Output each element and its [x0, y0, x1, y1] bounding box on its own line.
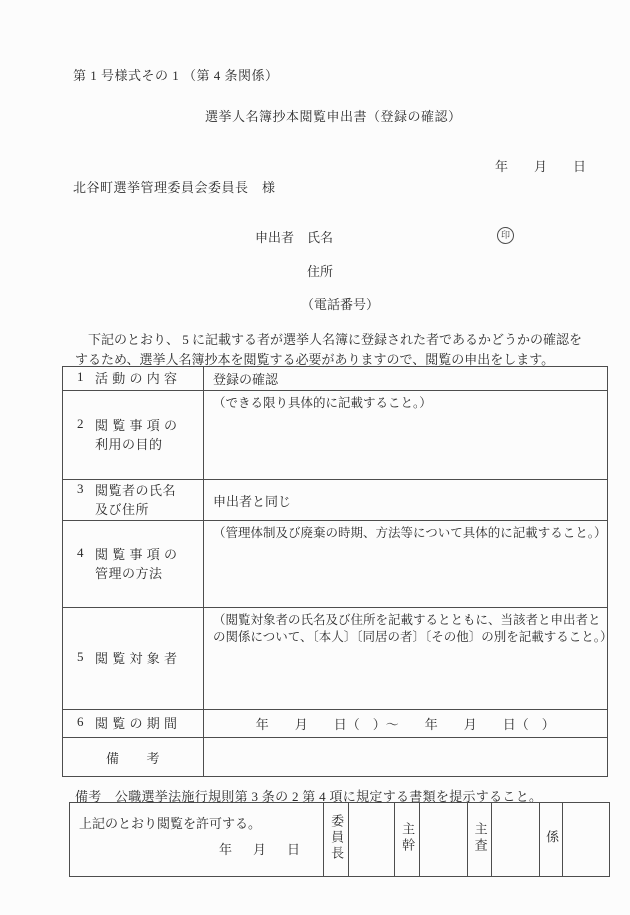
management-value-cell: （管理体制及び廃棄の時期、方法等について具体的に記載すること。） — [204, 521, 608, 608]
chairman-label: 委員長 — [329, 814, 343, 862]
viewer-value: 申出者と同じ — [213, 494, 291, 509]
row-label-line1: 閲覧者の氏名 — [95, 481, 176, 500]
row-number: 3 — [77, 481, 95, 497]
period-value-cell: 年 月 日（ ）～ 年 月 日（ ） — [204, 710, 608, 738]
row-label: 閲 覧 の 期 間 — [95, 714, 178, 733]
chairman-stamp-cell — [349, 803, 395, 877]
applicant-name-line: 申出者 氏名 — [255, 227, 333, 246]
viewer-label-cell: 3 閲覧者の氏名 及び住所 — [63, 480, 204, 521]
row-number: 2 — [77, 416, 95, 432]
purpose-value-cell: （できる限り具体的に記載すること。） — [204, 391, 608, 480]
row-number: 6 — [77, 714, 95, 730]
row-label-line1: 閲 覧 事 項 の — [95, 545, 178, 564]
chief-label: 主幹 — [400, 822, 414, 854]
clerk-label-cell: 係 — [540, 803, 563, 877]
row-label: 閲 覧 対 象 者 — [95, 649, 178, 668]
approval-table: 上記のとおり閲覧を許可する。 年 月 日 委員長 主幹 主査 係 — [69, 802, 610, 877]
row-label: 備 考 — [63, 748, 203, 767]
seal-mark-icon: 印 — [497, 227, 514, 244]
phone-label: （電話番号） — [301, 294, 379, 313]
row-viewer: 3 閲覧者の氏名 及び住所 申出者と同じ — [63, 480, 608, 521]
clerk-label: 係 — [544, 830, 558, 846]
subject-value-cell: （閲覧対象者の氏名及び住所を記載するとともに、当該者と申出者との関係について、〔… — [204, 608, 608, 710]
chief-label-cell: 主幹 — [395, 803, 420, 877]
row-number: 4 — [77, 545, 95, 561]
purpose-note: （できる限り具体的に記載すること。） — [213, 391, 607, 412]
intro-line-1: 下記のとおり、 5 に記載する者が選挙人名簿に登録された者であるかどうかの確認を — [75, 330, 582, 350]
row-label: 活 動 の 内 容 — [95, 369, 178, 388]
row-period: 6 閲 覧 の 期 間 年 月 日（ ）～ 年 月 日（ ） — [63, 710, 608, 738]
remarks-label-cell: 備 考 — [63, 738, 204, 777]
activity-value-cell: 登録の確認 — [204, 367, 608, 391]
row-purpose: 2 閲 覧 事 項 の 利用の目的 （できる限り具体的に記載すること。） — [63, 391, 608, 480]
row-remarks: 備 考 — [63, 738, 608, 777]
period-value: 年 月 日（ ）～ 年 月 日（ ） — [256, 717, 555, 732]
form-page: { "document": { "form_number": "第 1 号様式そ… — [0, 0, 630, 915]
period-label-cell: 6 閲 覧 の 期 間 — [63, 710, 204, 738]
purpose-label-cell: 2 閲 覧 事 項 の 利用の目的 — [63, 391, 204, 480]
management-label-cell: 4 閲 覧 事 項 の 管理の方法 — [63, 521, 204, 608]
subject-note: （閲覧対象者の氏名及び住所を記載するとともに、当該者と申出者との関係について、〔… — [213, 608, 607, 646]
subject-label-cell: 5 閲 覧 対 象 者 — [63, 608, 204, 710]
clerk-stamp-cell — [563, 803, 610, 877]
chairman-label-cell: 委員長 — [324, 803, 349, 877]
row-activity: 1 活 動 の 内 容 登録の確認 — [63, 367, 608, 391]
row-label-line2: 管理の方法 — [95, 564, 178, 583]
row-management: 4 閲 覧 事 項 の 管理の方法 （管理体制及び廃棄の時期、方法等について具体… — [63, 521, 608, 608]
management-note: （管理体制及び廃棄の時期、方法等について具体的に記載すること。） — [213, 521, 607, 542]
page-title: 選挙人名簿抄本閲覧申出書（登録の確認） — [205, 106, 462, 125]
activity-label-cell: 1 活 動 の 内 容 — [63, 367, 204, 391]
row-number: 5 — [77, 649, 95, 665]
row-number: 1 — [77, 369, 95, 385]
row-label-line2: 及び住所 — [95, 500, 176, 519]
permit-text: 上記のとおり閲覧を許可する。 — [79, 813, 323, 832]
application-table: 1 活 動 の 内 容 登録の確認 2 閲 覧 事 項 の 利用の目的 — [62, 366, 608, 777]
row-label-line2: 利用の目的 — [95, 435, 178, 454]
examiner-label-cell: 主査 — [468, 803, 492, 877]
row-label-line1: 閲 覧 事 項 の — [95, 416, 178, 435]
chief-stamp-cell — [420, 803, 468, 877]
viewer-value-cell: 申出者と同じ — [204, 480, 608, 521]
approval-row: 上記のとおり閲覧を許可する。 年 月 日 委員長 主幹 主査 係 — [70, 803, 610, 877]
permit-cell: 上記のとおり閲覧を許可する。 年 月 日 — [70, 803, 324, 877]
activity-value: 登録の確認 — [213, 372, 278, 387]
remarks-value-cell — [204, 738, 608, 777]
examiner-label: 主査 — [472, 822, 486, 854]
date-line: 年 月 日 — [495, 156, 586, 175]
intro-paragraph: 下記のとおり、 5 に記載する者が選挙人名簿に登録された者であるかどうかの確認を… — [75, 330, 582, 369]
address-label: 住所 — [307, 261, 333, 280]
permit-date-line: 年 月 日 — [219, 839, 323, 858]
row-subject: 5 閲 覧 対 象 者 （閲覧対象者の氏名及び住所を記載するとともに、当該者と申… — [63, 608, 608, 710]
addressee-line: 北谷町選挙管理委員会委員長 様 — [73, 177, 276, 196]
form-number: 第 1 号様式その 1 （第 4 条関係） — [73, 65, 279, 84]
examiner-stamp-cell — [492, 803, 540, 877]
